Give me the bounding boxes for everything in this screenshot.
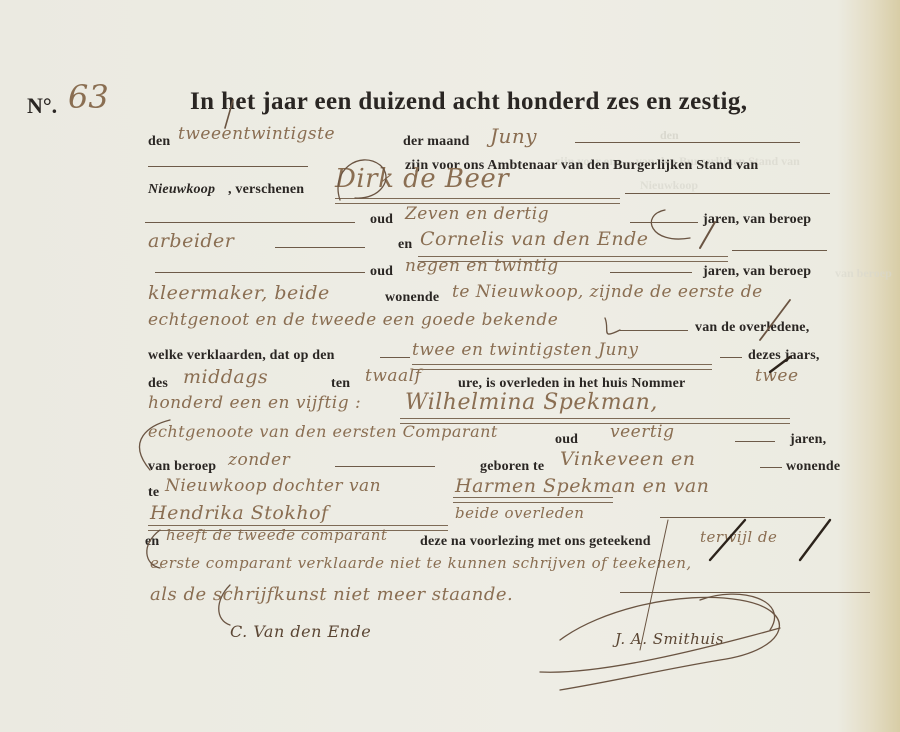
label-jaren: jaren, — [790, 432, 826, 448]
label-der-maand: der maand — [403, 134, 470, 150]
hw-note-a: terwijl de — [700, 528, 777, 546]
hw-age1: Zeven en dertig — [405, 204, 549, 224]
hw-occupation3: zonder — [228, 450, 290, 470]
label-den: den — [148, 134, 170, 150]
blank-line — [630, 222, 698, 223]
blank-line — [735, 441, 775, 442]
label-des: des — [148, 376, 168, 392]
blank-line — [575, 142, 800, 143]
hw-house-number-a: twee — [755, 366, 799, 386]
label-jaren-beroep: jaren, van beroep — [703, 264, 811, 280]
signature-official: J. A. Smithuis — [615, 630, 724, 648]
civil-death-record-page: den zijn voor ons ... van den Burgerlijk… — [0, 0, 900, 732]
blank-line — [610, 272, 692, 273]
label-te: te — [148, 485, 159, 501]
label-dezes-jaars: dezes jaars, — [748, 348, 820, 364]
label-geboren-te: geboren te — [480, 459, 544, 475]
label-jaren-beroep: jaren, van beroep — [703, 212, 811, 228]
record-heading: In het jaar een duizend acht honderd zes… — [190, 88, 747, 116]
blank-line — [660, 517, 825, 518]
underline-double — [453, 497, 613, 503]
hw-mother: Hendrika Stokhof — [150, 502, 329, 524]
hw-date-of-death: twee en twintigsten Juny — [412, 340, 639, 360]
label-wonende: wonende — [385, 290, 439, 306]
blank-line — [620, 592, 870, 593]
hw-birthplace: Vinkeveen en — [560, 448, 695, 470]
blank-line — [625, 193, 830, 194]
bleed-through-text: van beroep — [835, 266, 892, 281]
hw-occupation2: kleermaker, beide — [148, 282, 330, 304]
blank-line — [155, 272, 365, 273]
label-van-de-overledene: van de overledene, — [695, 320, 809, 336]
place-nieuwkoop: Nieuwkoop — [148, 182, 215, 198]
blank-line — [380, 357, 410, 358]
hw-parents-status: beide overleden — [455, 504, 584, 522]
hw-time-of-day: middags — [183, 366, 268, 388]
hw-hour: twaalf — [365, 366, 421, 386]
label-en: en — [398, 237, 412, 253]
record-number-label: N°. — [27, 93, 57, 119]
hw-father: Harmen Spekman en van — [455, 475, 709, 497]
label-van-beroep: van beroep — [148, 459, 216, 475]
hw-residence-deceased: Nieuwkoop dochter van — [165, 476, 381, 496]
label-na-voorlezing: deze na voorlezing met ons geteekend — [420, 534, 651, 550]
hw-person2: Cornelis van den Ende — [420, 228, 649, 250]
hw-residence: te Nieuwkoop, zijnde de eerste de — [452, 282, 763, 302]
blank-line — [720, 357, 742, 358]
hw-signed-by: heeft de tweede comparant — [166, 526, 387, 544]
record-number-value: 63 — [68, 78, 109, 116]
blank-line — [335, 466, 435, 467]
hw-occupation1: arbeider — [148, 230, 234, 252]
bleed-through-text: Nieuwkoop — [640, 178, 698, 193]
blank-line — [760, 467, 782, 468]
hw-person1: Dirk de Beer — [335, 164, 509, 194]
hw-deceased-relation: echtgenoote van den eersten Comparant — [148, 422, 498, 441]
blank-line — [148, 166, 308, 167]
hw-day: tweeentwintigste — [178, 124, 335, 144]
blank-line — [732, 250, 827, 251]
hw-deceased-name: Wilhelmina Spekman, — [405, 390, 658, 415]
blank-line — [275, 247, 365, 248]
blank-line — [620, 330, 688, 331]
label-welke-verklaarden: welke verklaarden, dat op den — [148, 348, 335, 364]
underline-double — [412, 364, 712, 370]
hw-relation: echtgenoot en de tweede een goede bekend… — [148, 310, 558, 330]
label-oud: oud — [370, 264, 393, 280]
signature-witness: C. Van den Ende — [230, 622, 371, 641]
label-verschenen: , verschenen — [228, 182, 304, 198]
label-wonende: wonende — [786, 459, 840, 475]
hw-age3: veertig — [610, 422, 675, 442]
label-oud: oud — [555, 432, 578, 448]
hw-month: Juny — [490, 124, 537, 148]
hw-note-b: eerste comparant verklaarde niet te kunn… — [150, 554, 692, 572]
hw-house-number-b: honderd een en vijftig : — [148, 393, 361, 413]
label-ten: ten — [331, 376, 350, 392]
blank-line — [145, 222, 355, 223]
bleed-through-text: den — [660, 128, 679, 143]
label-en: en — [145, 534, 159, 550]
hw-note-c: als de schrijfkunst niet meer staande. — [150, 584, 513, 605]
label-oud: oud — [370, 212, 393, 228]
hw-age2: negen en twintig — [405, 256, 559, 276]
